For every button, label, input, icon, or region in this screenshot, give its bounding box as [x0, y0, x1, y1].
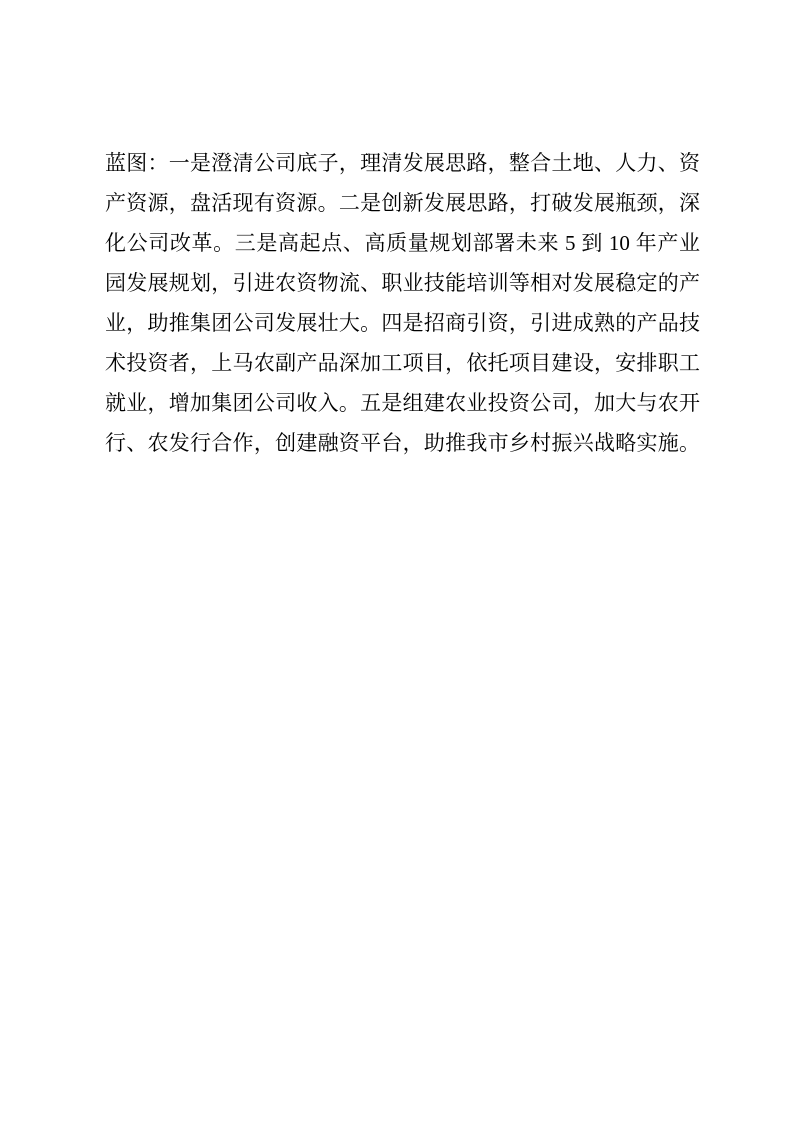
- paragraph-line: 术投资者，上马农副产品深加工项目，依托项目建设，安排职工: [105, 343, 700, 383]
- paragraph-line: 园发展规划，引进农资物流、职业技能培训等相对发展稳定的产: [105, 263, 700, 303]
- paragraph-line: 就业，增加集团公司收入。五是组建农业投资公司，加大与农开: [105, 383, 700, 423]
- paragraph-line: 蓝图：一是澄清公司底子，理清发展思路，整合土地、人力、资: [105, 143, 700, 183]
- paragraph-line: 产资源，盘活现有资源。二是创新发展思路，打破发展瓶颈，深: [105, 183, 700, 223]
- paragraph-line: 化公司改革。三是高起点、高质量规划部署未来 5 到 10 年产业: [105, 223, 700, 263]
- paragraph-block: 蓝图：一是澄清公司底子，理清发展思路，整合土地、人力、资 产资源，盘活现有资源。…: [105, 143, 700, 463]
- document-page: 蓝图：一是澄清公司底子，理清发展思路，整合土地、人力、资 产资源，盘活现有资源。…: [0, 0, 793, 1122]
- paragraph-line: 行、农发行合作，创建融资平台，助推我市乡村振兴战略实施。: [105, 423, 700, 463]
- paragraph-line: 业，助推集团公司发展壮大。四是招商引资，引进成熟的产品技: [105, 303, 700, 343]
